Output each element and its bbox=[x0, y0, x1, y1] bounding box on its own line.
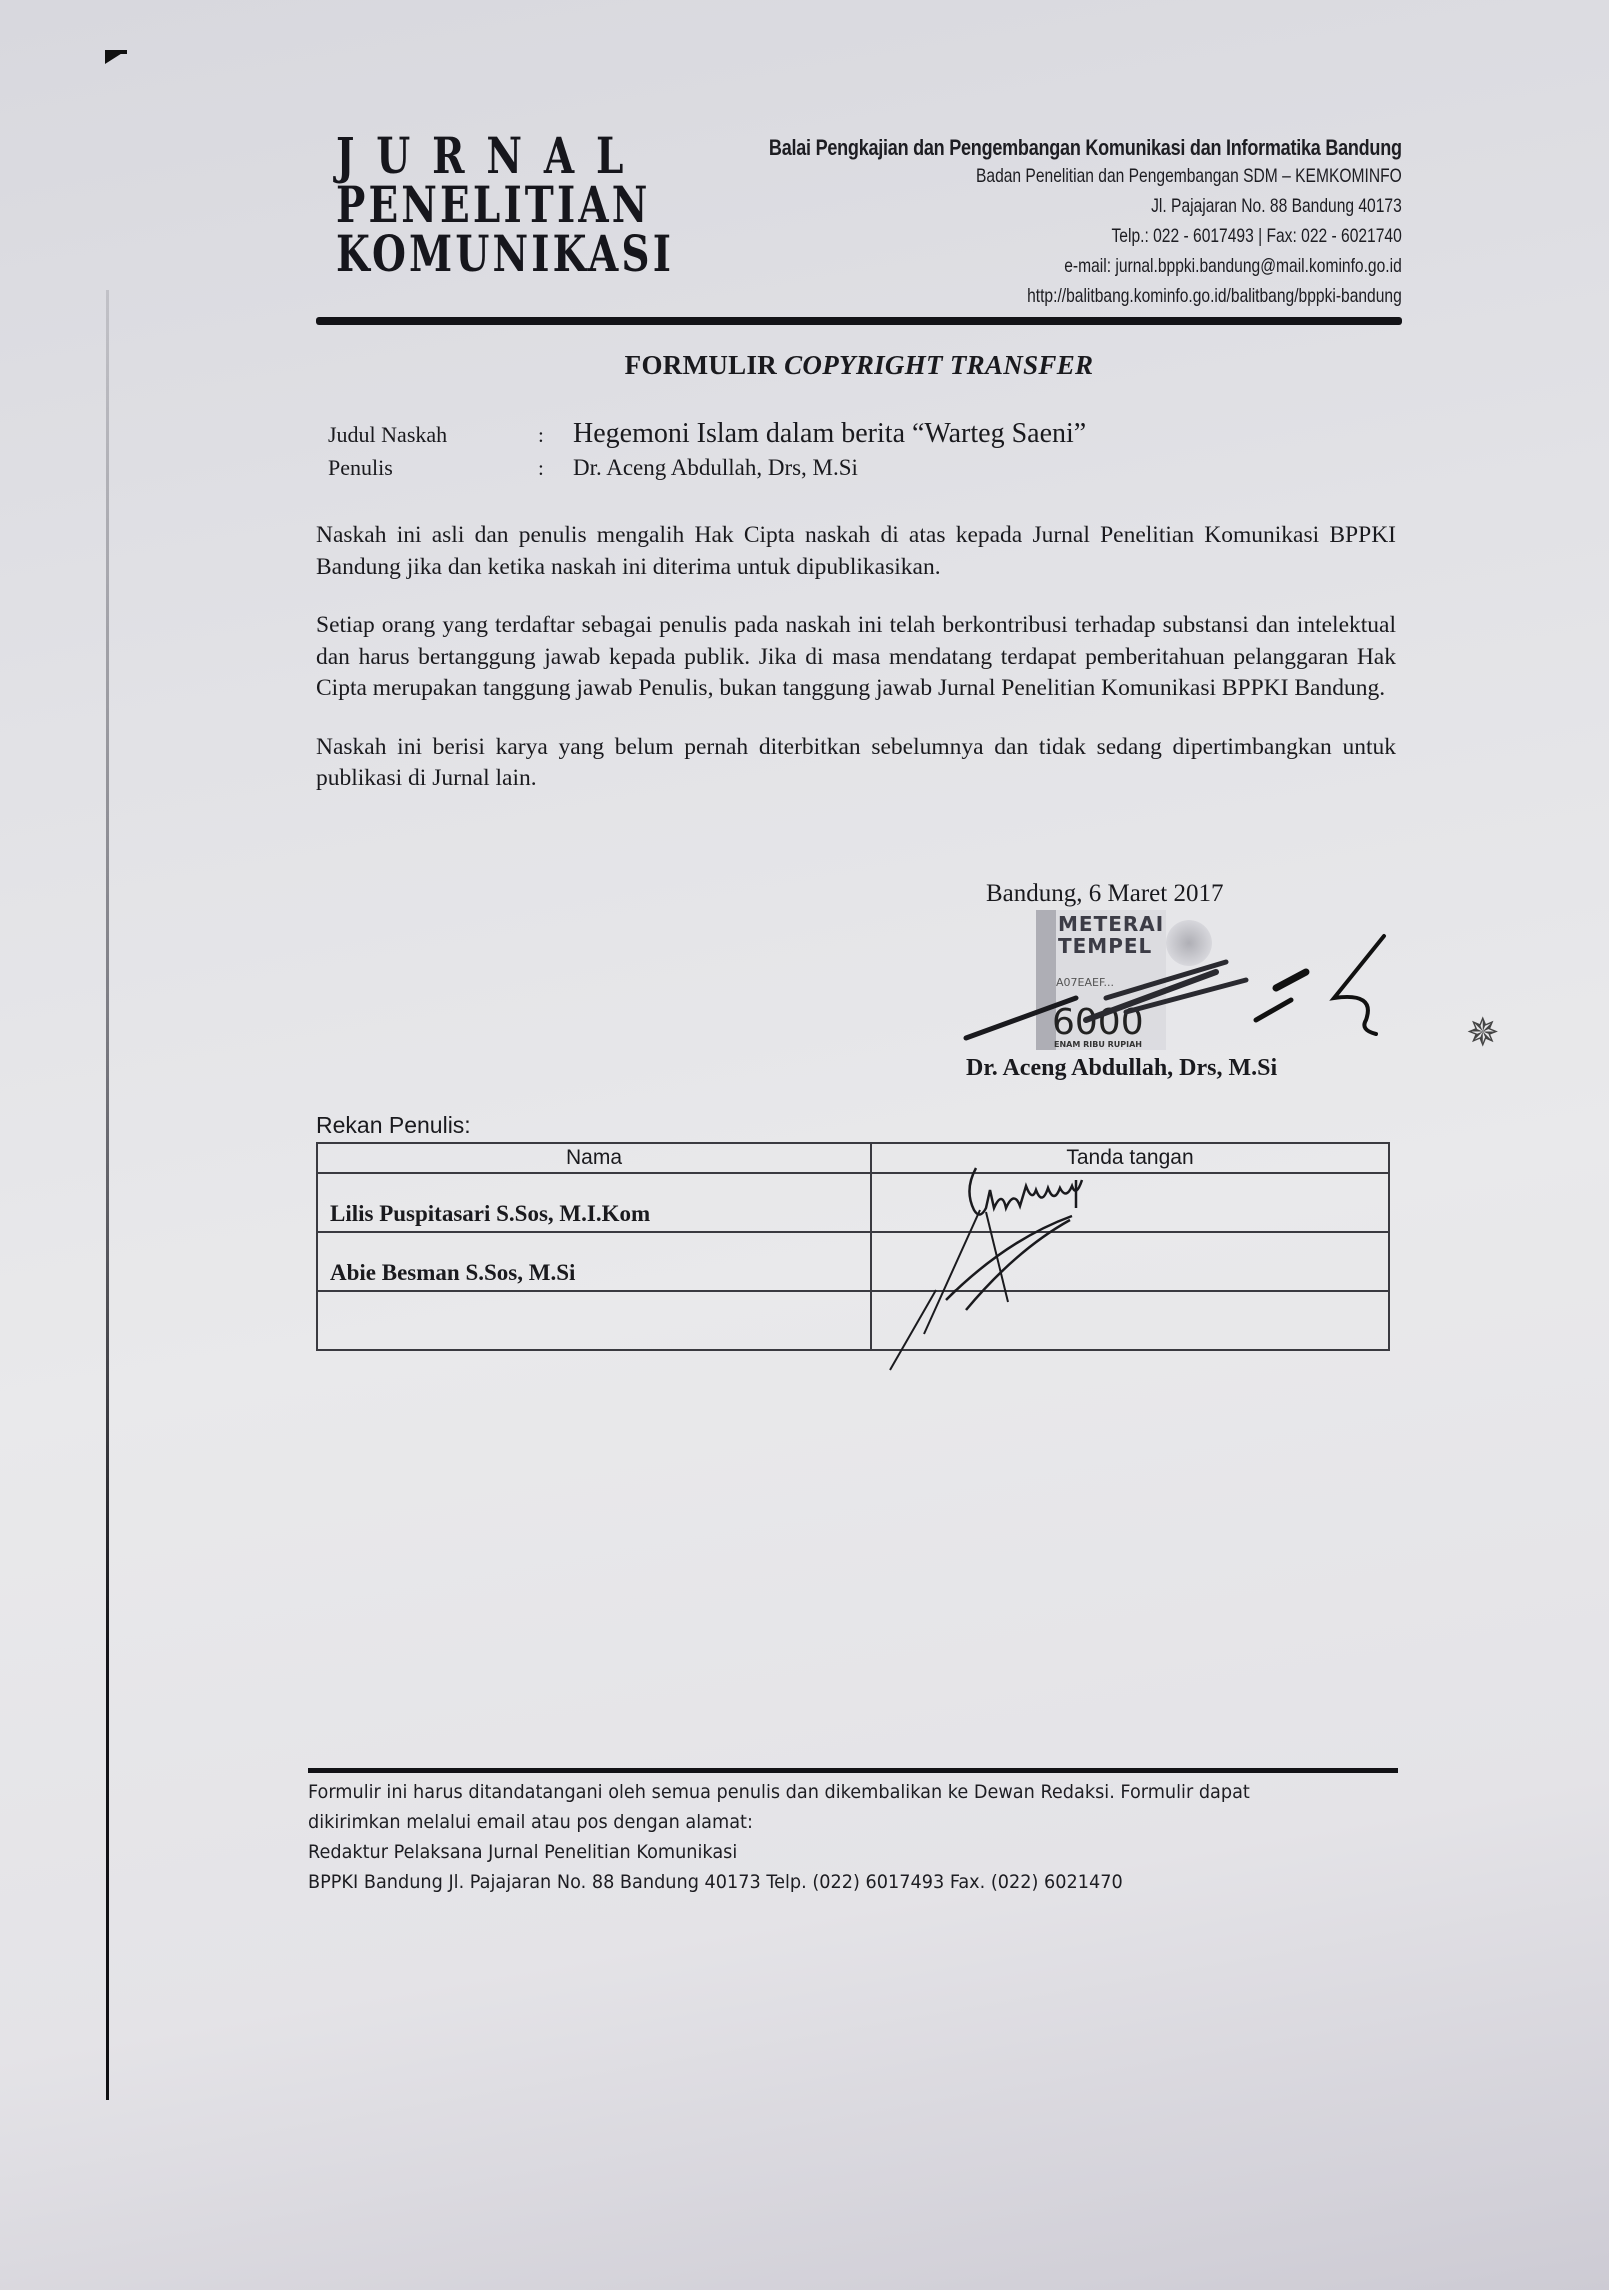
binding-margin-line bbox=[106, 290, 109, 2100]
co-author-name: Lilis Puspitasari S.Sos, M.I.Kom bbox=[317, 1173, 871, 1232]
paragraph: Naskah ini asli dan penulis mengalih Hak… bbox=[316, 520, 1396, 583]
journal-masthead: JURNAL PENELITIAN KOMUNIKASI Balai Pengk… bbox=[316, 125, 1402, 325]
author-signature-block: Bandung, 6 Maret 2017 METERAI TEMPEL A07… bbox=[956, 880, 1396, 1090]
star-emblem-icon: ✵ bbox=[1466, 1010, 1500, 1056]
co-author-name: Abie Besman S.Sos, M.Si bbox=[317, 1232, 871, 1291]
form-footer: Formulir ini harus ditandatangani oleh s… bbox=[308, 1768, 1398, 1897]
column-header-name: Nama bbox=[317, 1143, 871, 1173]
institution-parent: Badan Penelitian dan Pengembangan SDM – … bbox=[785, 161, 1402, 191]
institution-address: Jl. Pajajaran No. 88 Bandung 40173 bbox=[785, 191, 1402, 221]
footer-divider bbox=[308, 1768, 1398, 1773]
signer-name: Dr. Aceng Abdullah, Drs, M.Si bbox=[966, 1055, 1277, 1082]
institution-phone: Telp.: 022 - 6017493 | Fax: 022 - 602174… bbox=[785, 221, 1402, 251]
paragraph: Naskah ini berisi karya yang belum perna… bbox=[316, 732, 1396, 795]
institution-website: http://balitbang.kominfo.go.id/balitbang… bbox=[785, 281, 1402, 311]
manuscript-title: Hegemoni Islam dalam berita “Warteg Saen… bbox=[573, 418, 1086, 450]
manuscript-author: Dr. Aceng Abdullah, Drs, M.Si bbox=[573, 455, 858, 481]
agreement-text: Naskah ini asli dan penulis mengalih Hak… bbox=[316, 520, 1396, 822]
form-title: FORMULIR COPYRIGHT TRANSFER bbox=[316, 350, 1402, 381]
meta-row-title: Judul Naskah : Hegemoni Islam dalam beri… bbox=[328, 418, 1388, 455]
masthead-divider bbox=[316, 317, 1402, 325]
institution-info: Balai Pengkajian dan Pengembangan Komuni… bbox=[630, 135, 1402, 311]
footer-line: Redaktur Pelaksana Jurnal Penelitian Kom… bbox=[308, 1837, 1322, 1867]
scan-corner-mark bbox=[105, 50, 127, 64]
institution-email: e-mail: jurnal.bppki.bandung@mail.kominf… bbox=[785, 251, 1402, 281]
meta-label: Judul Naskah bbox=[328, 422, 538, 448]
meta-row-author: Penulis : Dr. Aceng Abdullah, Drs, M.Si bbox=[328, 455, 1388, 492]
footer-line: dikirimkan melalui email atau pos dengan… bbox=[308, 1807, 1322, 1837]
manuscript-meta: Judul Naskah : Hegemoni Islam dalam beri… bbox=[328, 418, 1388, 492]
co-author-signatures-icon bbox=[876, 1150, 1296, 1350]
meta-label: Penulis bbox=[328, 455, 538, 481]
journal-logo: JURNAL PENELITIAN KOMUNIKASI bbox=[336, 131, 674, 278]
co-author-name bbox=[317, 1291, 871, 1350]
footer-line: Formulir ini harus ditandatangani oleh s… bbox=[308, 1777, 1322, 1807]
paragraph: Setiap orang yang terdaftar sebagai penu… bbox=[316, 610, 1396, 705]
footer-line: BPPKI Bandung Jl. Pajajaran No. 88 Bandu… bbox=[308, 1867, 1322, 1897]
meta-separator: : bbox=[538, 423, 573, 448]
meta-separator: : bbox=[538, 456, 573, 481]
institution-name: Balai Pengkajian dan Pengembangan Komuni… bbox=[769, 135, 1402, 161]
co-authors-label: Rekan Penulis: bbox=[316, 1112, 471, 1139]
